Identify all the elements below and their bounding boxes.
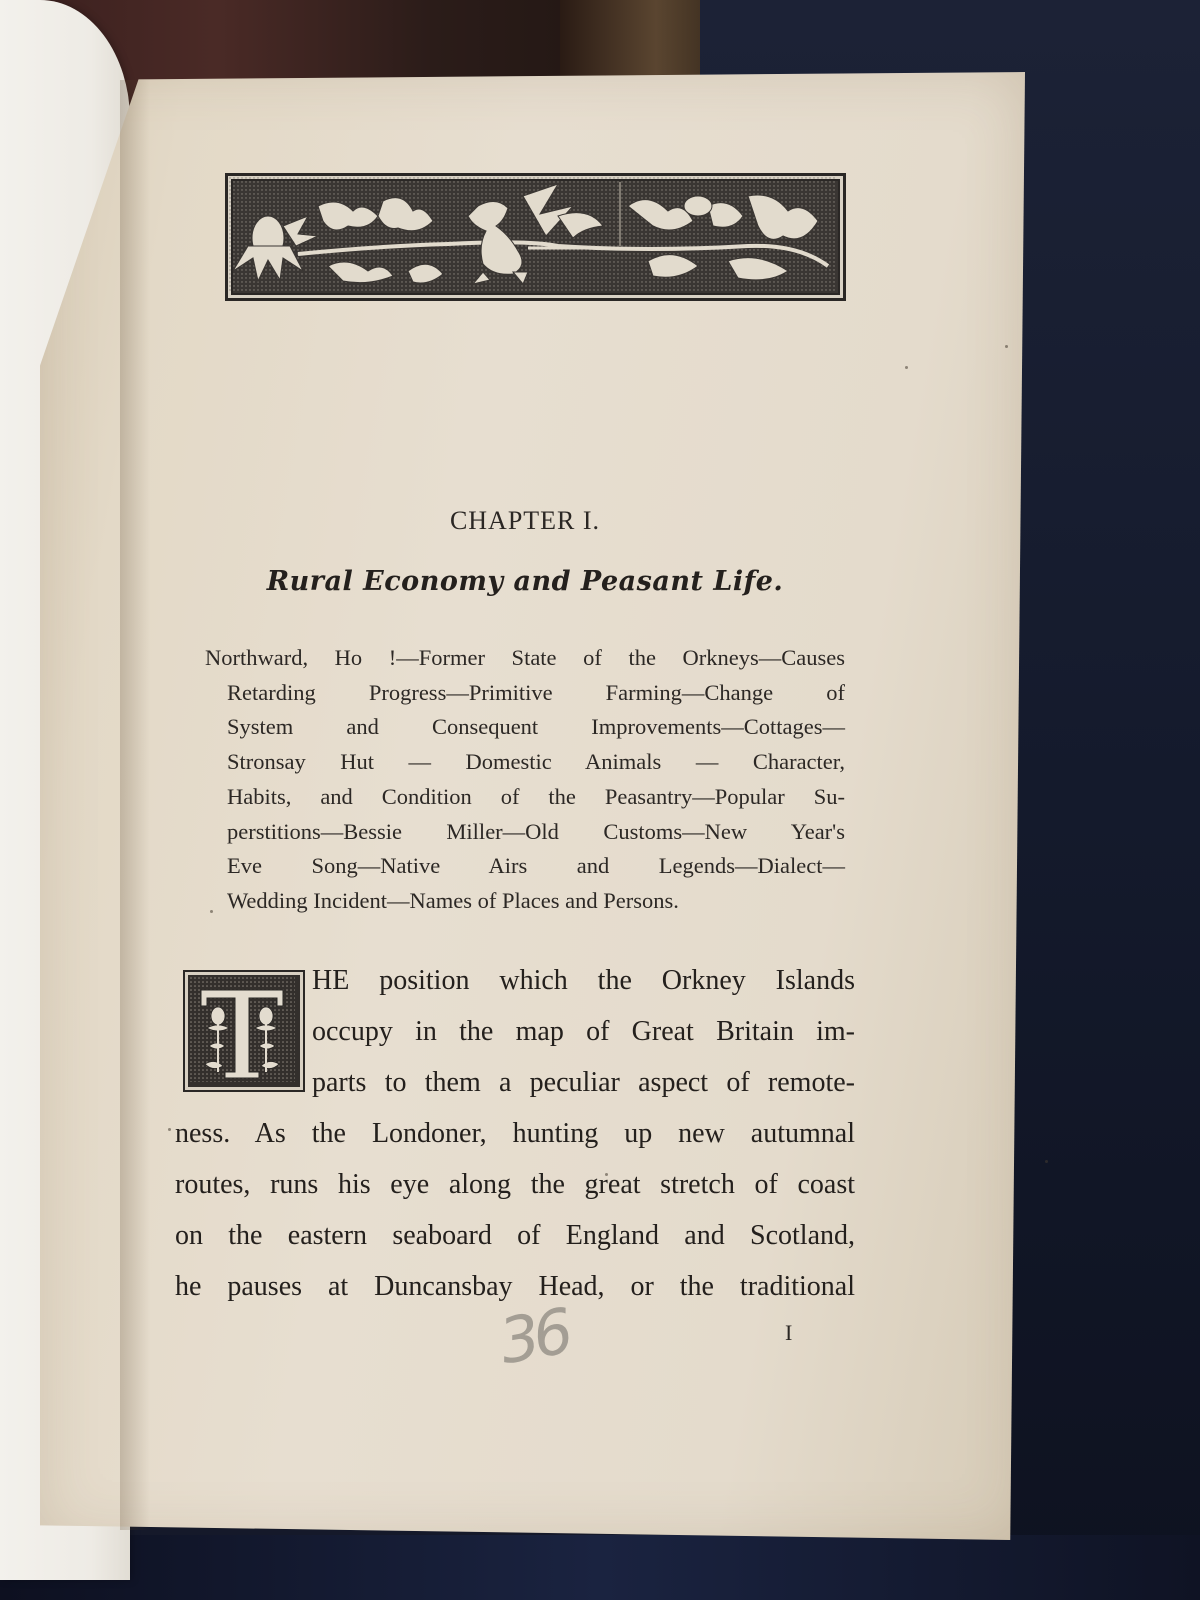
paper-speck [1005, 345, 1008, 348]
chapter-synopsis: Northward, Ho !—Former State of the Orkn… [205, 641, 845, 919]
chapter-heading: CHAPTER I. [200, 506, 850, 536]
synopsis-line: perstitions—Bessie Miller—Old Customs—Ne… [205, 815, 845, 850]
page-number: I [785, 1320, 792, 1346]
pencil-annotation: 36 [494, 1295, 573, 1379]
body-line: ness. As the Londoner, hunting up new au… [175, 1108, 855, 1159]
body-line: on the eastern seaboard of England and S… [175, 1210, 855, 1261]
synopsis-line: Stronsay Hut — Domestic Animals — Charac… [205, 745, 845, 780]
gutter-shadow [120, 80, 150, 1530]
synopsis-line: Northward, Ho !—Former State of the Orkn… [205, 641, 845, 676]
synopsis-line: System and Consequent Improvements—Cotta… [205, 710, 845, 745]
headpiece-ornament-icon [225, 173, 846, 301]
paper-speck [168, 1128, 171, 1131]
body-line: occupy in the map of Great Britain im- [175, 1006, 855, 1057]
paper-speck [905, 366, 908, 369]
background-fabric-bottom [0, 1535, 1200, 1600]
body-line: parts to them a peculiar aspect of remot… [175, 1057, 855, 1108]
synopsis-line: Wedding Incident—Names of Places and Per… [205, 884, 845, 919]
chapter-body: HE position which the Orkney Islands occ… [175, 955, 855, 1312]
background-wood [560, 0, 720, 80]
body-line: HE position which the Orkney Islands [175, 955, 855, 1006]
synopsis-line: Retarding Progress—Primitive Farming—Cha… [205, 676, 845, 711]
chapter-title-blackletter: Rural Economy and Peasant Life. [200, 566, 850, 597]
synopsis-line: Eve Song—Native Airs and Legends—Dialect… [205, 849, 845, 884]
synopsis-line: Habits, and Condition of the Peasantry—P… [205, 780, 845, 815]
body-line: routes, runs his eye along the great str… [175, 1159, 855, 1210]
paper-speck [210, 910, 213, 913]
paper-speck [605, 1173, 608, 1176]
floral-dragon-icon [228, 176, 837, 292]
paper-speck [1045, 1160, 1048, 1163]
